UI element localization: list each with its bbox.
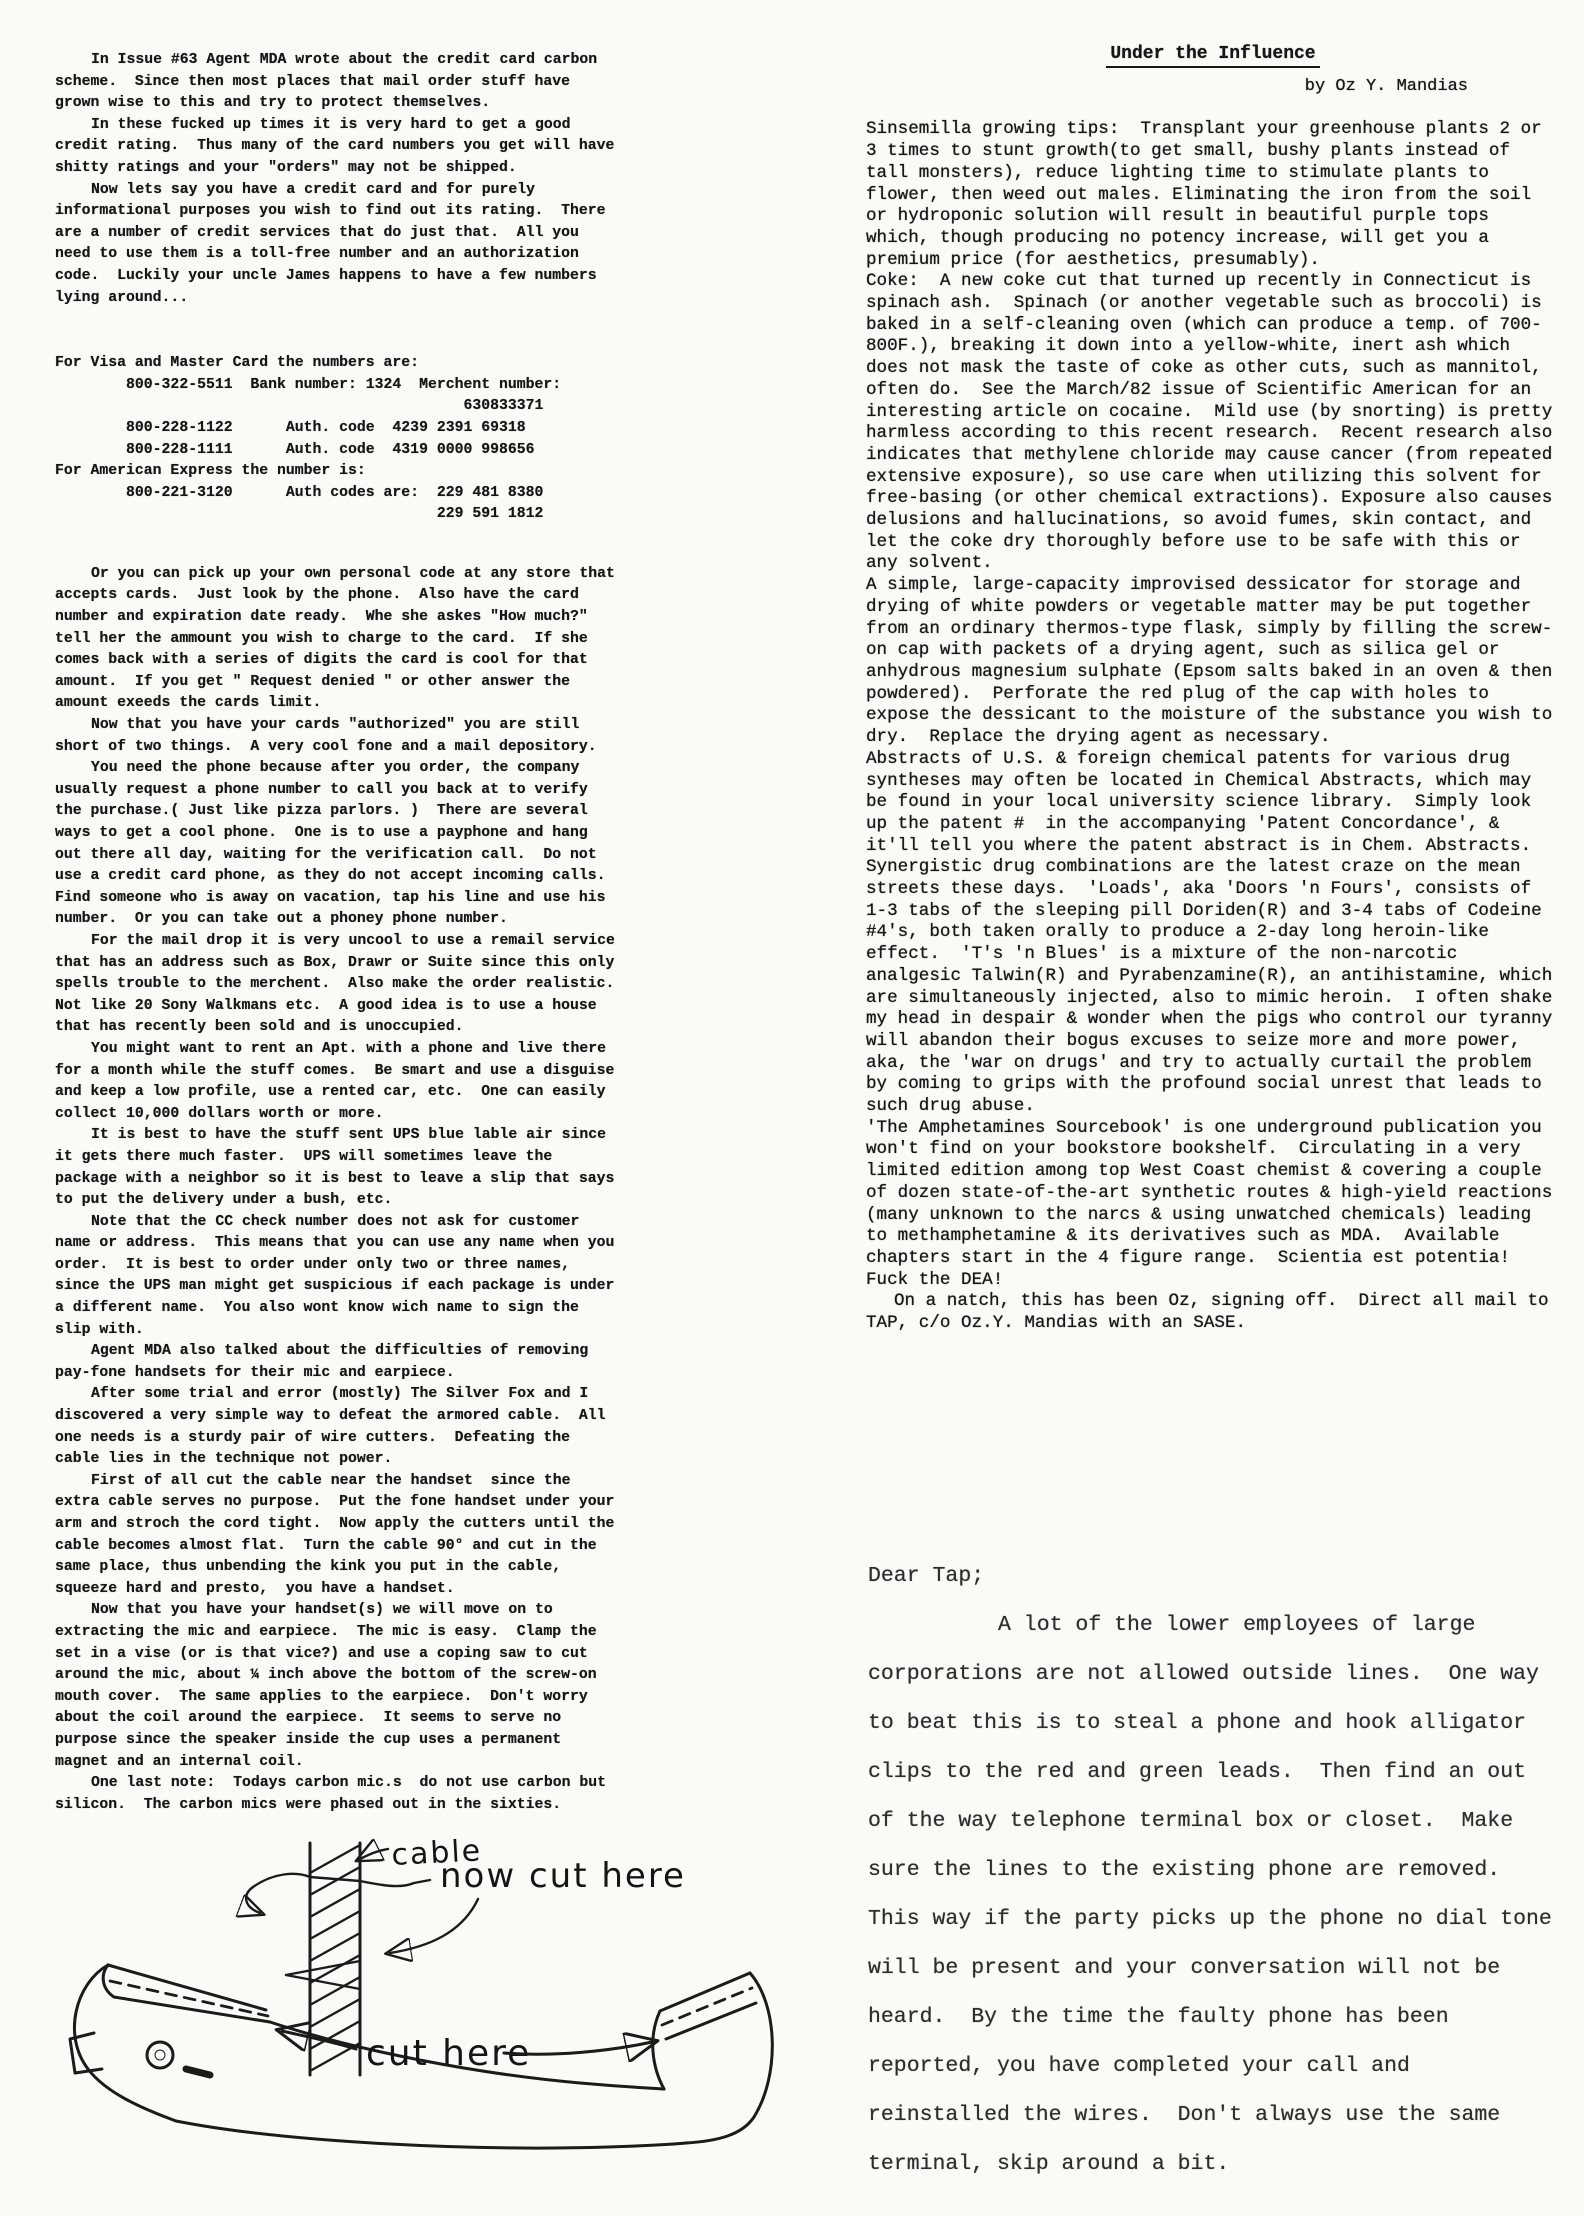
paragraph: Now lets say you have a credit card and … <box>55 180 619 310</box>
paragraph: Sinsemilla growing tips: Transplant your… <box>866 119 1560 271</box>
now-cut-here-arrow <box>390 1899 478 1953</box>
paragraph: Coke: A new coke cut that turned up rece… <box>866 271 1560 575</box>
paragraph: 'The Amphetamines Sourcebook' is one und… <box>866 1118 1560 1292</box>
now-cut-here-label: now cut here <box>440 1856 686 1896</box>
table-row: 630833371 <box>55 396 619 418</box>
table-row: For American Express the number is: <box>55 461 619 483</box>
paragraph: Or you can pick up your own personal cod… <box>55 564 619 715</box>
paragraph: It is best to have the stuff sent UPS bl… <box>55 1125 619 1211</box>
paragraph: First of all cut the cable near the hand… <box>55 1471 619 1601</box>
handset-diagram: cable now cut here <box>48 1825 1068 2216</box>
article-byline: by Oz Y. Mandias <box>866 76 1560 98</box>
paragraph: Synergistic drug combinations are the la… <box>866 857 1560 1117</box>
cable-arrow <box>360 1849 388 1859</box>
handset-mouthpiece <box>653 1973 773 2143</box>
spacer <box>55 526 619 564</box>
table-row: 800-322-5511 Bank number: 1324 Merchent … <box>55 375 619 397</box>
cut-squiggle-curl <box>246 1887 260 1913</box>
phone-numbers-table: For Visa and Master Card the numbers are… <box>55 353 619 526</box>
paragraph: You need the phone because after you ord… <box>55 758 619 931</box>
sign-off-paragraph: On a natch, this has been Oz, signing of… <box>866 1291 1560 1334</box>
right-column: Under the Influence by Oz Y. Mandias Sin… <box>866 44 1560 1335</box>
scanned-zine-page: In Issue #63 Agent MDA wrote about the c… <box>0 0 1584 2216</box>
paragraph: One last note: Todays carbon mic.s do no… <box>55 1773 619 1816</box>
paragraph: After some trial and error (mostly) The … <box>55 1384 619 1470</box>
paragraph: Abstracts of U.S. & foreign chemical pat… <box>866 749 1560 858</box>
paragraph: You might want to rent an Apt. with a ph… <box>55 1039 619 1125</box>
paragraph: In Issue #63 Agent MDA wrote about the c… <box>55 50 619 115</box>
paragraph: A simple, large-capacity improvised dess… <box>866 575 1560 749</box>
handset-earpiece <box>70 1965 270 2121</box>
table-row: For Visa and Master Card the numbers are… <box>55 353 619 375</box>
cut-squiggle <box>253 1874 430 1887</box>
article-title: Under the Influence <box>866 44 1560 66</box>
spacer <box>55 309 619 353</box>
left-column: In Issue #63 Agent MDA wrote about the c… <box>55 50 619 1816</box>
table-row: 800-221-3120 Auth codes are: 229 481 838… <box>55 483 619 505</box>
paragraph: Agent MDA also talked about the difficul… <box>55 1341 619 1384</box>
table-row: 800-228-1111 Auth. code 4319 0000 998656 <box>55 440 619 462</box>
table-row: 229 591 1812 <box>55 504 619 526</box>
letter-salutation: Dear Tap; <box>868 1552 1556 1601</box>
cut-here-arrow-left <box>282 2031 356 2049</box>
paragraph: Now that you have your cards "authorized… <box>55 715 619 758</box>
paragraph: For the mail drop it is very uncool to u… <box>55 931 619 1039</box>
paragraph: Note that the CC check number does not a… <box>55 1212 619 1342</box>
table-row: 800-228-1122 Auth. code 4239 2391 69318 <box>55 418 619 440</box>
paragraph: Now that you have your handset(s) we wil… <box>55 1600 619 1773</box>
paragraph: In these fucked up times it is very hard… <box>55 115 619 180</box>
